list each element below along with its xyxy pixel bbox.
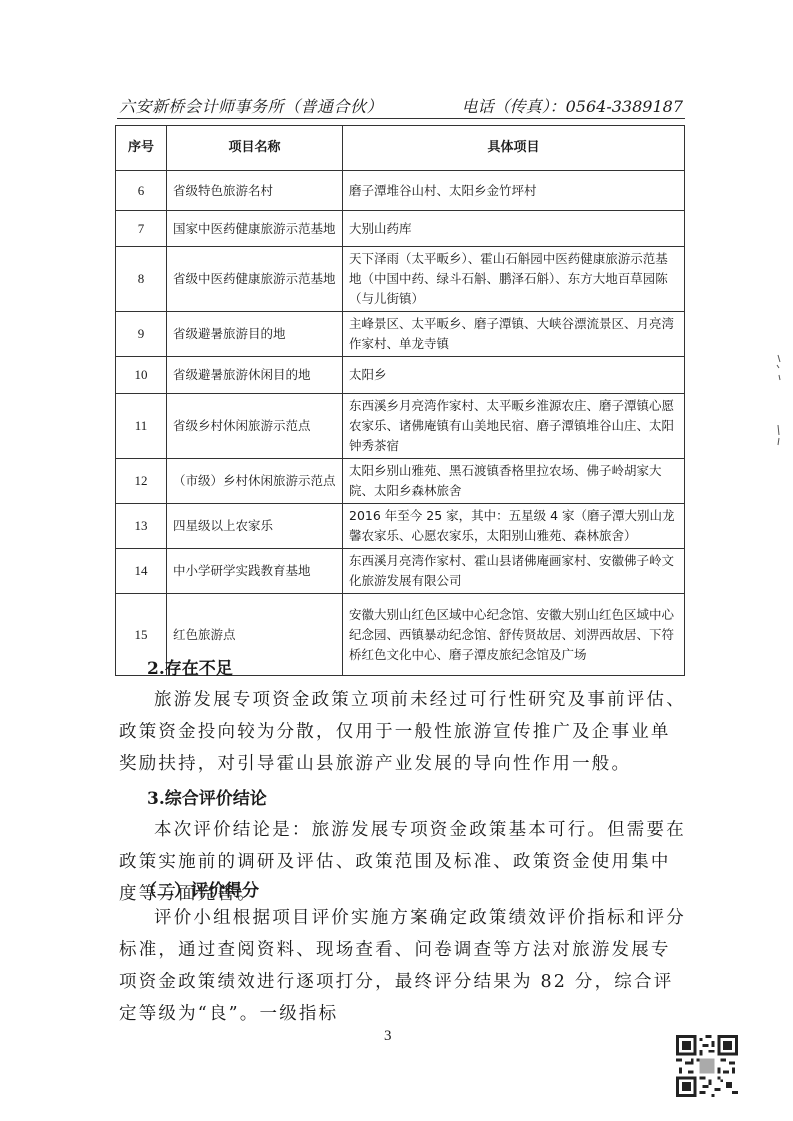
row-detail: 太阳乡别山雅苑、黑石渡镇香格里拉农场、佛子岭胡家大院、太阳乡森林旅舍 (343, 459, 685, 504)
row-detail: 东西溪月亮湾作家村、霍山县诸佛庵画家村、安徽佛子岭文化旅游发展有限公司 (343, 549, 685, 594)
row-detail: 安徽大别山红色区域中心纪念馆、安徽大别山红色区域中心纪念园、西镇暴动纪念馆、舒传… (343, 594, 685, 676)
row-detail: 磨子潭堆谷山村、太阳乡金竹坪村 (343, 171, 685, 211)
row-no: 10 (116, 357, 167, 394)
conclusion-heading: 3.综合评价结论 (147, 784, 267, 809)
tourism-items-table: 序号 项目名称 具体项目 6 省级特色旅游名村 磨子潭堆谷山村、太阳乡金竹坪村 … (115, 125, 685, 676)
page-number: 3 (384, 1028, 392, 1045)
col-header-no: 序号 (116, 126, 167, 171)
row-detail: 太阳乡 (343, 357, 685, 394)
firm-name: 六安新桥会计师事务所（普通合伙） (119, 94, 383, 117)
score-paragraph: 评价小组根据项目评价实施方案确定政策绩效评价指标和评分标准，通过查阅资料、现场查… (119, 902, 687, 1030)
table-header-row: 序号 项目名称 具体项目 (116, 126, 685, 171)
row-name: 国家中医药健康旅游示范基地 (167, 211, 343, 247)
row-detail: 东西溪乡月亮湾作家村、太平畈乡淮源农庄、磨子潭镇心愿农家乐、诸佛庵镇有山美地民宿… (343, 394, 685, 459)
table-row: 13 四星级以上农家乐 2016 年至今 25 家，其中：五星级 4 家（磨子潭… (116, 504, 685, 549)
table-row: 8 省级中医药健康旅游示范基地 天下泽雨（太平畈乡）、霍山石斛园中医药健康旅游示… (116, 247, 685, 312)
table-row: 14 中小学研学实践教育基地 东西溪月亮湾作家村、霍山县诸佛庵画家村、安徽佛子岭… (116, 549, 685, 594)
row-no: 12 (116, 459, 167, 504)
table-row: 10 省级避暑旅游休闲目的地 太阳乡 (116, 357, 685, 394)
qr-code-icon (676, 1035, 738, 1097)
row-detail: 大别山药库 (343, 211, 685, 247)
row-detail: 2016 年至今 25 家，其中：五星级 4 家（磨子潭大别山龙馨农家乐、心愿农… (343, 504, 685, 549)
row-name: 省级避暑旅游目的地 (167, 312, 343, 357)
row-name: 省级避暑旅游休闲目的地 (167, 357, 343, 394)
row-no: 9 (116, 312, 167, 357)
score-heading: （二）评价得分 (140, 876, 259, 901)
table-row: 9 省级避暑旅游目的地 主峰景区、太平畈乡、磨子潭镇、大峡谷漂流景区、月亮湾作家… (116, 312, 685, 357)
row-name: 中小学研学实践教育基地 (167, 549, 343, 594)
page-header: 六安新桥会计师事务所（普通合伙） 电话（传真）：0564-3389187 (117, 92, 685, 119)
row-name: 省级特色旅游名村 (167, 171, 343, 211)
row-no: 8 (116, 247, 167, 312)
contact-phone: 电话（传真）：0564-3389187 (462, 94, 683, 117)
table-row: 7 国家中医药健康旅游示范基地 大别山药库 (116, 211, 685, 247)
col-header-name: 项目名称 (167, 126, 343, 171)
row-name: 四星级以上农家乐 (167, 504, 343, 549)
deficiency-paragraph: 旅游发展专项资金政策立项前未经过可行性研究及事前评估、政策资金投向较为分散，仅用… (119, 684, 687, 780)
deficiency-heading: 2.存在不足 (147, 654, 233, 679)
row-no: 6 (116, 171, 167, 211)
row-no: 14 (116, 549, 167, 594)
row-name: 省级中医药健康旅游示范基地 (167, 247, 343, 312)
row-name: 省级乡村休闲旅游示范点 (167, 394, 343, 459)
table-row: 6 省级特色旅游名村 磨子潭堆谷山村、太阳乡金竹坪村 (116, 171, 685, 211)
row-no: 13 (116, 504, 167, 549)
table-row: 12 （市级）乡村休闲旅游示范点 太阳乡别山雅苑、黑石渡镇香格里拉农场、佛子岭胡… (116, 459, 685, 504)
row-detail: 主峰景区、太平畈乡、磨子潭镇、大峡谷漂流景区、月亮湾作家村、单龙寺镇 (343, 312, 685, 357)
row-detail: 天下泽雨（太平畈乡）、霍山石斛园中医药健康旅游示范基地（中国中药、绿斗石斛、鹏泽… (343, 247, 685, 312)
table-row: 11 省级乡村休闲旅游示范点 东西溪乡月亮湾作家村、太平畈乡淮源农庄、磨子潭镇心… (116, 394, 685, 459)
col-header-detail: 具体项目 (343, 126, 685, 171)
row-no: 11 (116, 394, 167, 459)
row-name: （市级）乡村休闲旅游示范点 (167, 459, 343, 504)
row-no: 7 (116, 211, 167, 247)
scan-margin-marks (775, 350, 783, 460)
